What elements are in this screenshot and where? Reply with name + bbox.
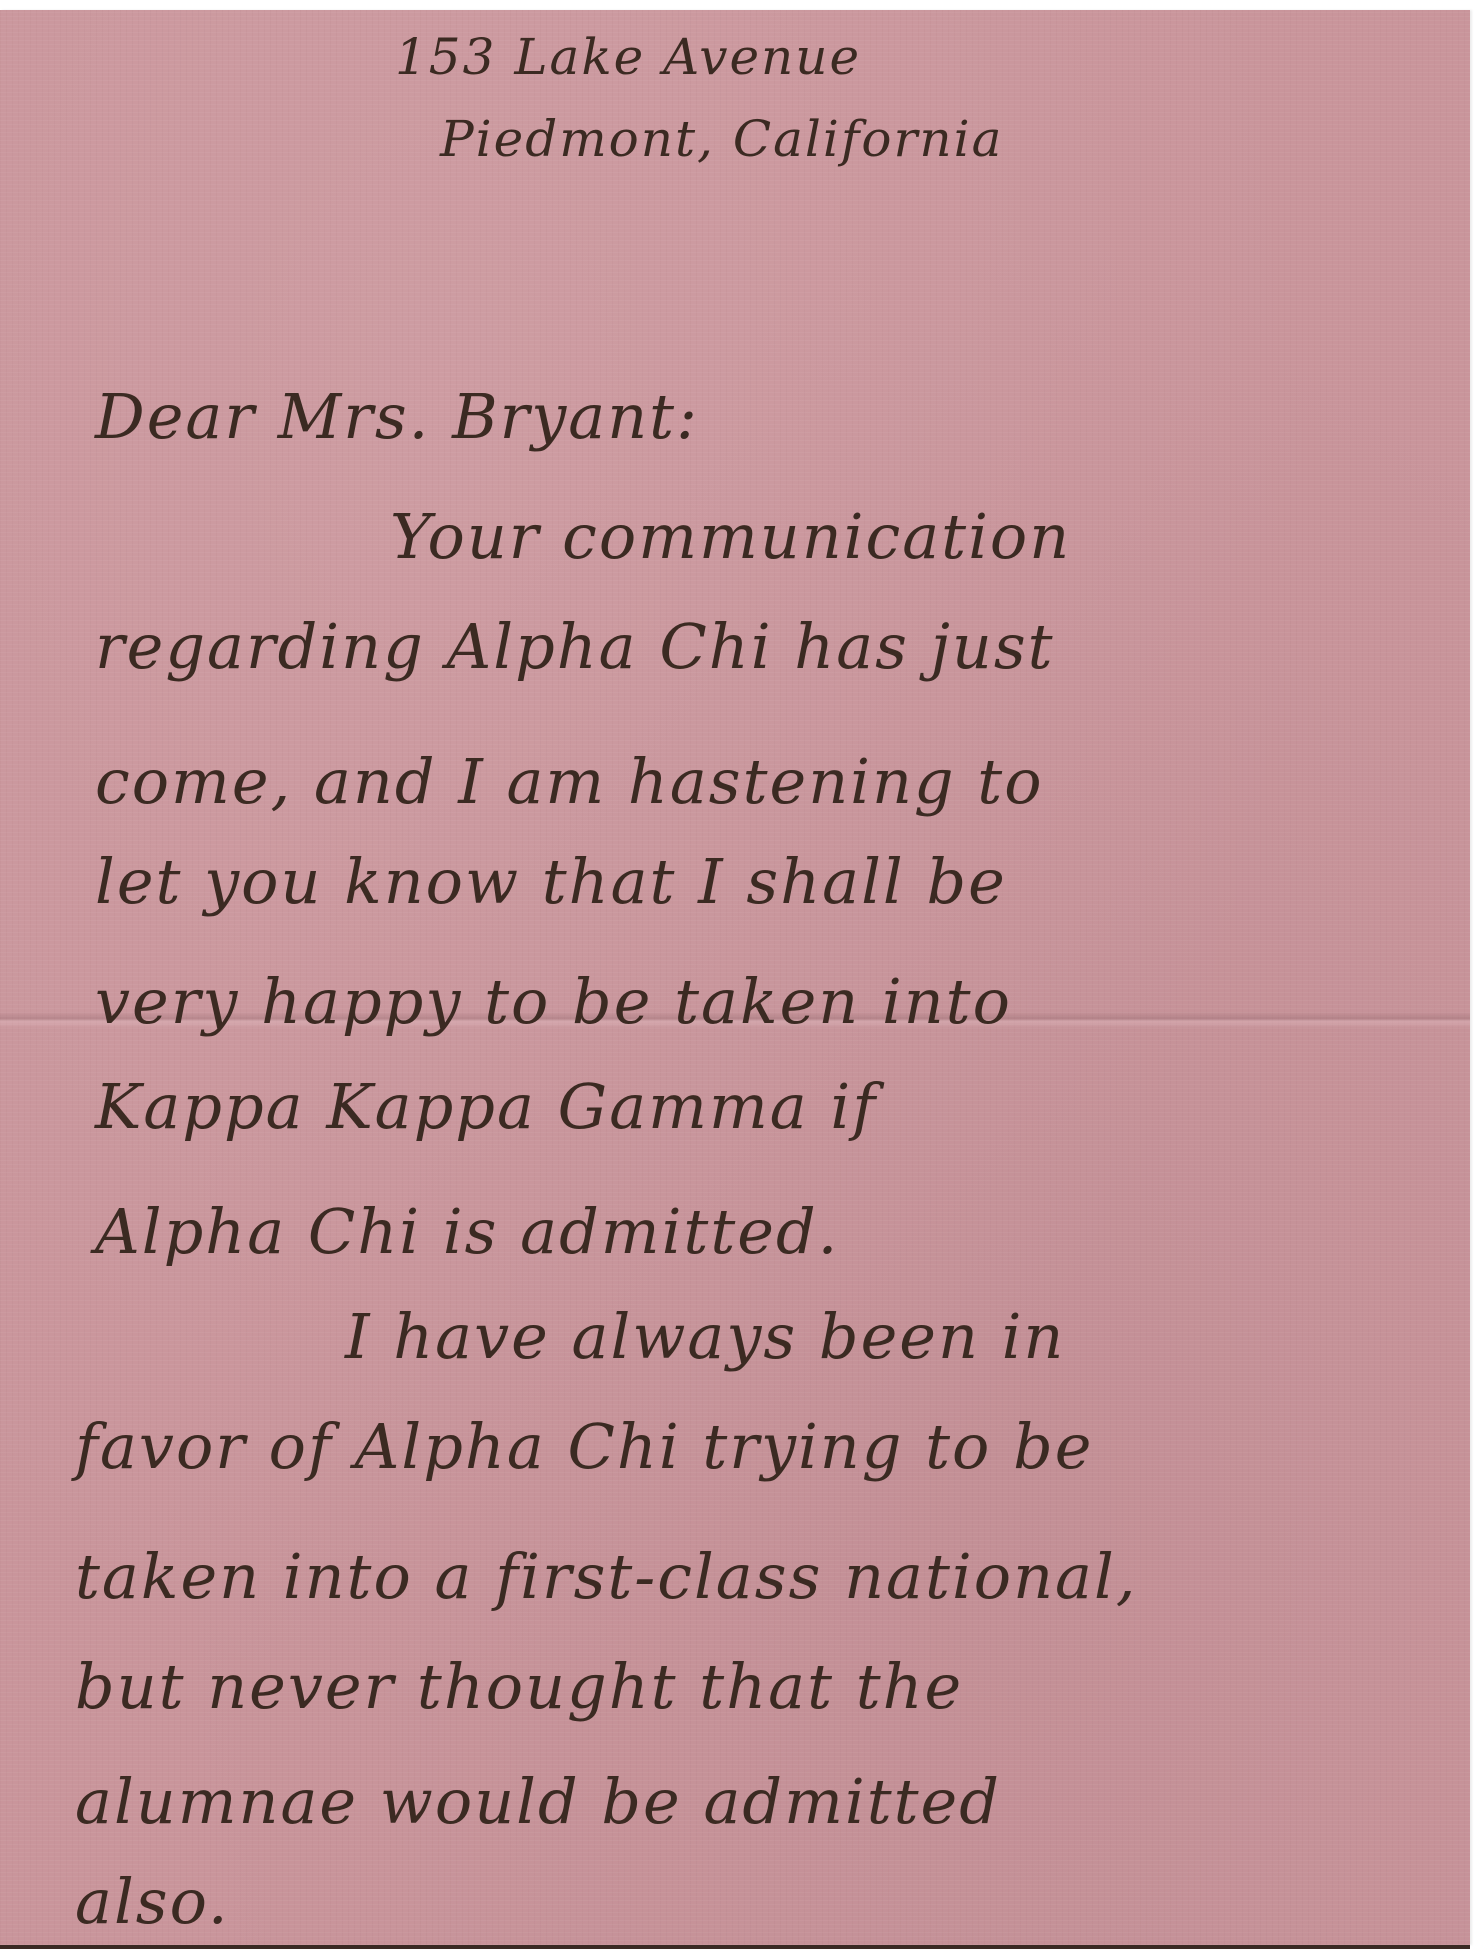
body-line: come, and I am hastening to (95, 745, 1044, 818)
body-line: favor of Alpha Chi trying to be (75, 1410, 1093, 1483)
body-line: Your communication (390, 500, 1071, 573)
body-line: regarding Alpha Chi has just (95, 610, 1055, 683)
letter-page: 153 Lake Avenue Piedmont, California Dea… (0, 10, 1470, 1945)
body-line: very happy to be taken into (95, 965, 1012, 1038)
body-line: let you know that I shall be (95, 845, 1007, 918)
body-line: I have always been in (345, 1300, 1065, 1373)
body-line: alumnae would be admitted (75, 1765, 1001, 1838)
body-line: also. (75, 1865, 230, 1938)
body-line: but never thought that the (75, 1650, 963, 1723)
address-line-1: 153 Lake Avenue (395, 28, 861, 86)
address-line-2: Piedmont, California (440, 110, 1003, 168)
body-line: taken into a first-class national, (75, 1540, 1138, 1613)
body-line: Alpha Chi is admitted. (95, 1195, 839, 1268)
body-line: Kappa Kappa Gamma if (95, 1070, 877, 1143)
salutation: Dear Mrs. Bryant: (95, 380, 699, 453)
